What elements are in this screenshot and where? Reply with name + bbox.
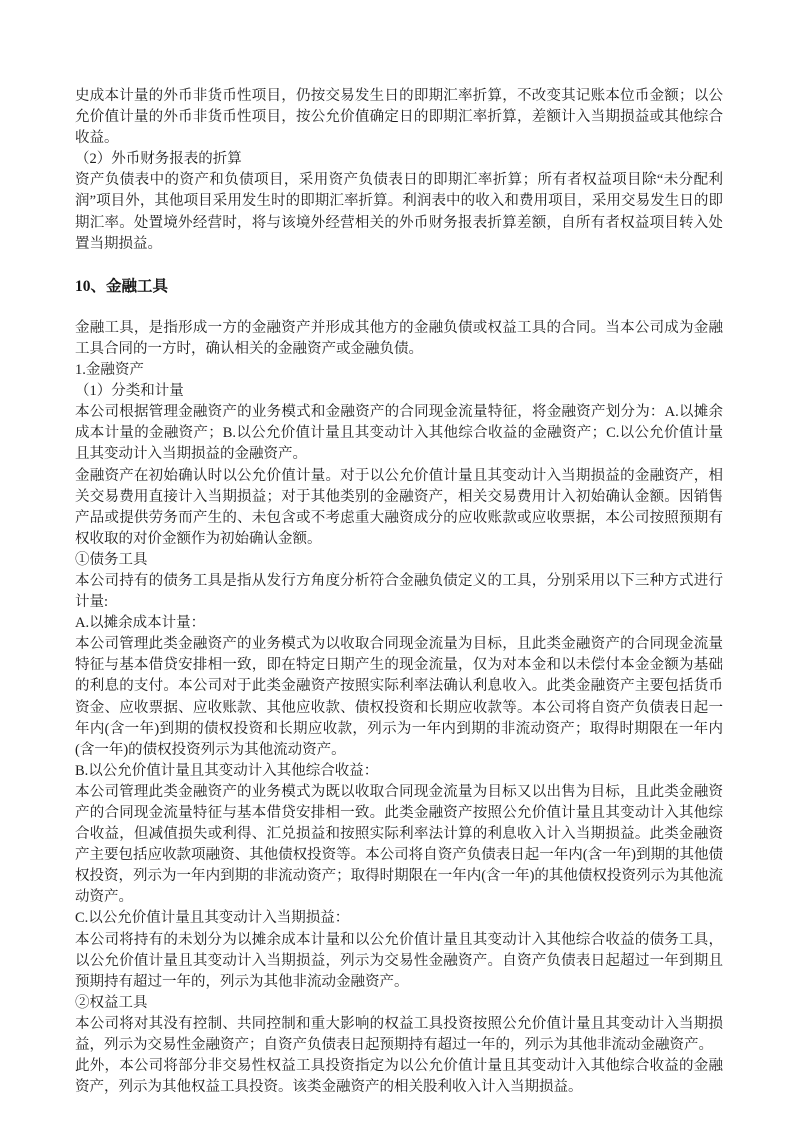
paragraph-non-trading-equity-designation: 此外，本公司将部分非交易性权益工具投资指定为以公允价值计量且其变动计入其他综合收… [75,1056,723,1098]
label-fx-statement-translation: （2）外币财务报表的折算 [75,149,723,170]
paragraph-amortized-cost-detail: 本公司管理此类金融资产的业务模式为以收取合同现金流量为目标，且此类金融资产的合同… [75,634,723,761]
document-text-column: 史成本计量的外币非货币性项目，仍按交易发生日的即期汇率折算，不改变其记账本位币金… [75,86,723,1098]
label-fvoci: B.以公允价值计量且其变动计入其他综合收益： [75,761,723,782]
paragraph-equity-instruments-detail: 本公司将对其没有控制、共同控制和重大影响的权益工具投资按照公允价值计量且其变动计… [75,1014,723,1056]
label-amortized-cost: A.以摊余成本计量： [75,613,723,634]
document-page: 史成本计量的外币非货币性项目，仍按交易发生日的即期汇率折算，不改变其记账本位币金… [0,0,793,1122]
paragraph-fvoci-detail: 本公司管理此类金融资产的业务模式为既以收取合同现金流量为目标又以出售为目标，且此… [75,782,723,909]
paragraph-fx-statement-translation-detail: 资产负债表中的资产和负债项目，采用资产负债表日的即期汇率折算；所有者权益项目除“… [75,170,723,254]
paragraph-financial-instruments-definition: 金融工具，是指形成一方的金融资产并形成其他方的金融负债或权益工具的合同。当本公司… [75,318,723,360]
label-equity-instruments: ②权益工具 [75,993,723,1014]
label-fvtpl: C.以公允价值计量且其变动计入当期损益： [75,908,723,929]
paragraph-classification-categories: 本公司根据管理金融资产的业务模式和金融资产的合同现金流量特征，将金融资产划分为：… [75,402,723,465]
paragraph-fvtpl-detail: 本公司将持有的未划分为以摊余成本计量和以公允价值计量且其变动计入其他综合收益的债… [75,930,723,993]
label-financial-assets: 1.金融资产 [75,360,723,381]
paragraph-initial-measurement: 金融资产在初始确认时以公允价值计量。对于以公允价值计量且其变动计入当期损益的金融… [75,466,723,550]
heading-financial-instruments: 10、金融工具 [75,276,723,297]
paragraph-debt-instruments-intro: 本公司持有的债务工具是指从发行方角度分析符合金融负债定义的工具，分别采用以下三种… [75,571,723,613]
paragraph-historic-cost-fx-items: 史成本计量的外币非货币性项目，仍按交易发生日的即期汇率折算，不改变其记账本位币金… [75,86,723,149]
label-debt-instruments: ①债务工具 [75,550,723,571]
label-classification-and-measurement: （1）分类和计量 [75,381,723,402]
